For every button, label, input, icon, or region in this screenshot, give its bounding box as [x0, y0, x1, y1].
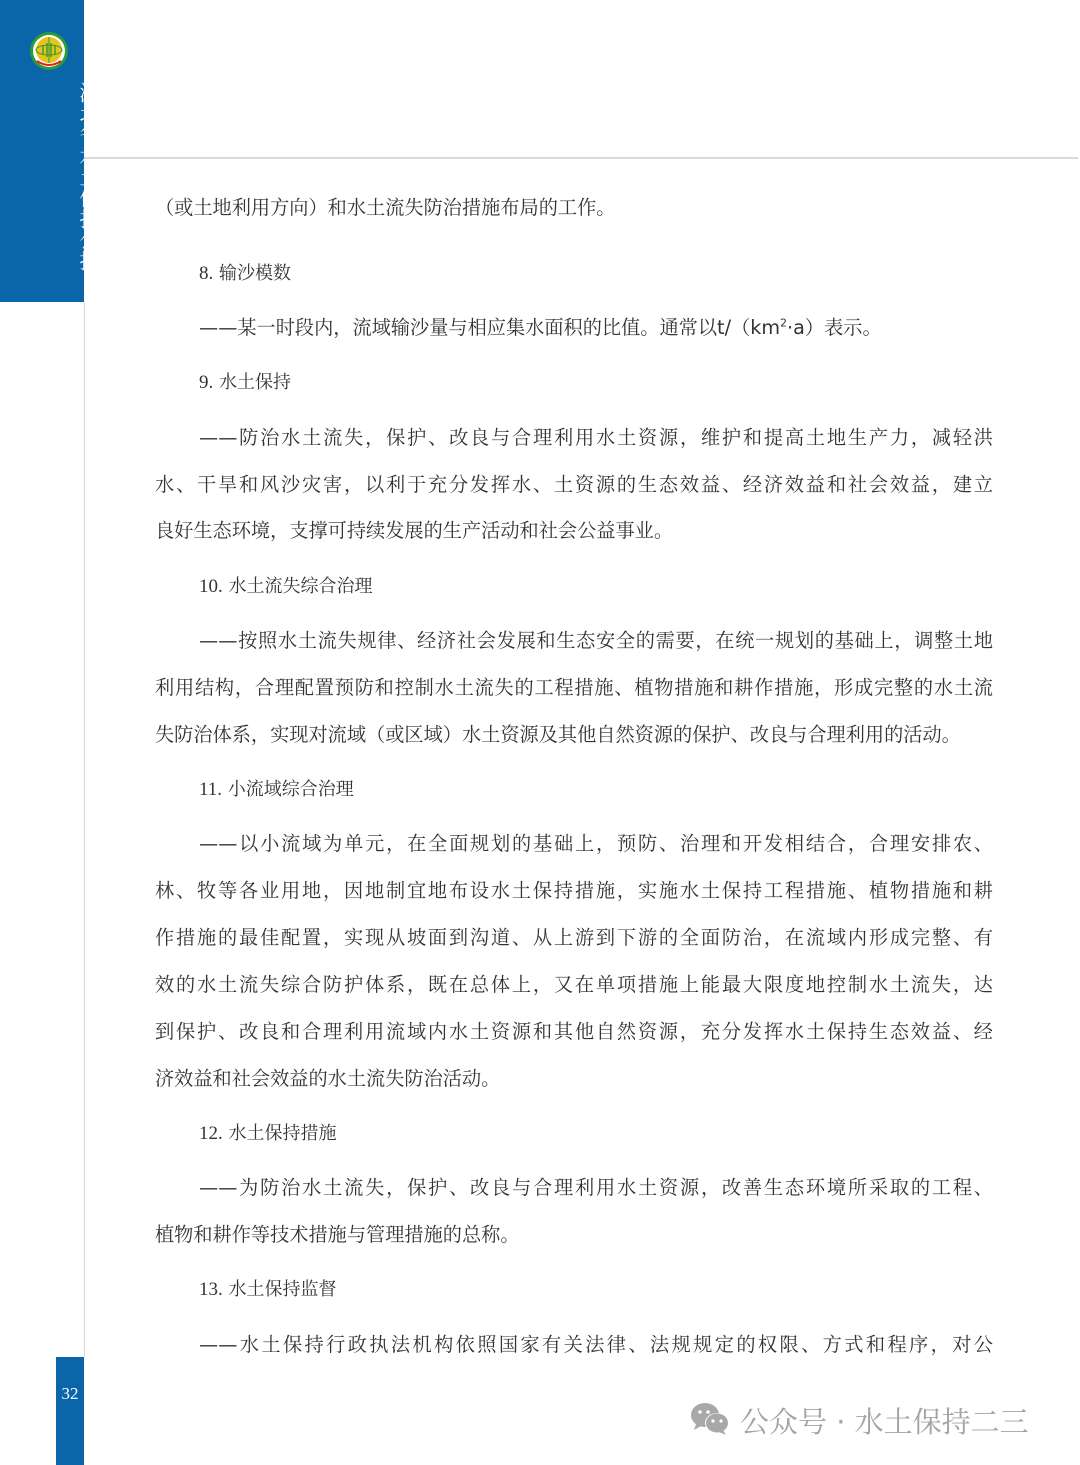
section-heading-13: 13. 水土保持监督	[199, 1275, 336, 1301]
paragraph-line: 植物和耕作等技术措施与管理措施的总称。	[155, 1220, 520, 1247]
paragraph-line: 到保护、改良和合理利用流域内水土资源和其他自然资源，充分发挥水土保持生态效益、经	[155, 1017, 993, 1044]
paragraph-line: ——为防治水土流失，保护、改良与合理利用水土资源，改善生态环境所采取的工程、	[199, 1173, 993, 1200]
paragraph-line: 效的水土流失综合防护体系，既在总体上，又在单项措施上能最大限度地控制水土流失，达	[155, 970, 993, 997]
paragraph-line: 利用结构，合理配置预防和控制水土流失的工程措施、植物措施和耕作措施，形成完整的水…	[155, 673, 993, 700]
paragraph-line: 水、干旱和风沙灾害，以利于充分发挥水、土资源的生态效益、经济效益和社会效益，建立	[155, 470, 993, 497]
wechat-icon	[690, 1402, 732, 1438]
paragraph-line: ——水土保持行政执法机构依照国家有关法律、法规规定的权限、方式和程序，对公	[199, 1330, 993, 1357]
paragraph-line: 作措施的最佳配置，实现从坡面到沟道、从上游到下游的全面防治，在流域内形成完整、有	[155, 923, 993, 950]
report-title: 湖北省水土保持公报	[0, 82, 100, 271]
sidebar-banner: 湖北省水土保持公报	[0, 0, 84, 302]
paragraph-line: ——防治水土流失，保护、改良与合理利用水土资源，维护和提高土地生产力，减轻洪	[199, 423, 993, 450]
paragraph-line: 失防治体系，实现对流域（或区域）水土资源及其他自然资源的保护、改良与合理利用的活…	[155, 720, 961, 747]
paragraph-line: ——某一时段内，流域输沙量与相应集水面积的比值。通常以t/（km2·a）表示。	[199, 313, 882, 340]
paragraph-line: ——按照水土流失规律、经济社会发展和生态安全的需要，在统一规划的基础上，调整土地	[199, 626, 993, 653]
page-number: 32	[56, 1384, 84, 1404]
section-heading-9: 9. 水土保持	[199, 368, 291, 394]
emblem-logo-icon	[29, 31, 69, 71]
section-heading-12: 12. 水土保持措施	[199, 1119, 336, 1145]
paragraph-line: 济效益和社会效益的水土流失防治活动。	[155, 1064, 500, 1091]
page-number-tab	[56, 1357, 84, 1465]
watermark-text: 公众号 · 水土保持二三	[740, 1400, 1029, 1441]
paragraph-line: （或土地利用方向）和水土流失防治措施布局的工作。	[155, 193, 616, 220]
header-divider	[84, 157, 1078, 159]
paragraph-line: 林、牧等各业用地，因地制宜地布设水土保持措施，实施水土保持工程措施、植物措施和耕	[155, 876, 993, 903]
paragraph-line: ——以小流域为单元，在全面规划的基础上，预防、治理和开发相结合，合理安排农、	[199, 829, 993, 856]
section-heading-8: 8. 输沙模数	[199, 259, 291, 285]
section-heading-11: 11. 小流域综合治理	[199, 775, 354, 801]
paragraph-line: 良好生态环境，支撑可持续发展的生产活动和社会公益事业。	[155, 516, 673, 543]
section-heading-10: 10. 水土流失综合治理	[199, 572, 372, 598]
wechat-watermark: 公众号 · 水土保持二三	[690, 1400, 1029, 1440]
margin-rule	[84, 302, 85, 1357]
